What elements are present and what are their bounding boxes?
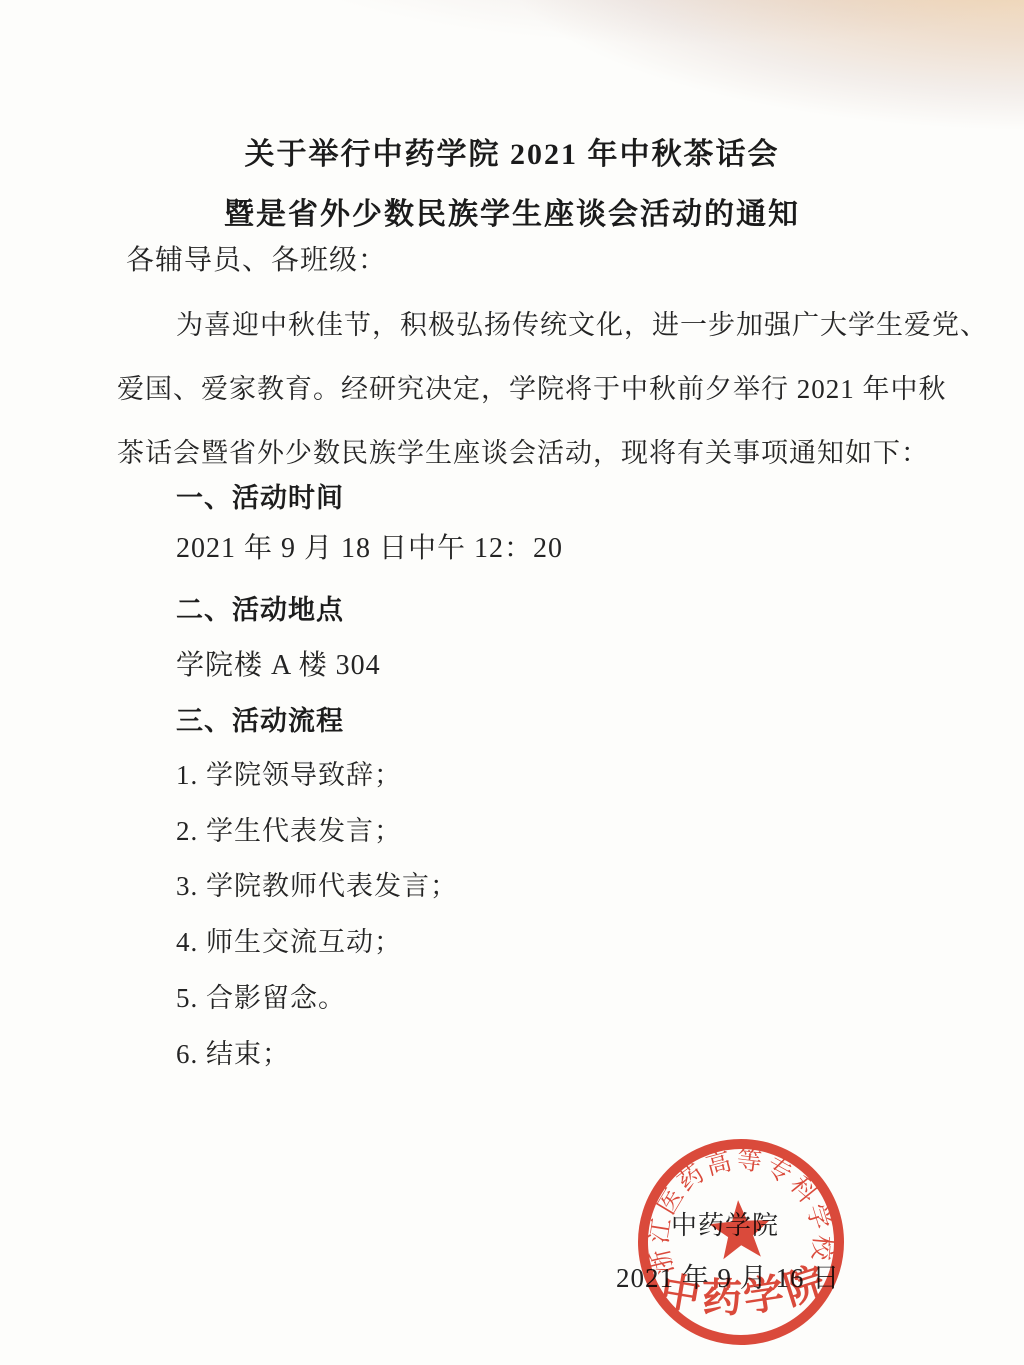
document-paper: 关于举行中药学院 2021 年中秋茶话会 暨是省外少数民族学生座谈会活动的通知 …	[0, 0, 1024, 1365]
process-item-2: 2. 学生代表发言；	[176, 809, 402, 848]
paragraph-line-3: 茶话会暨省外少数民族学生座谈会活动，现将有关事项通知如下：	[117, 431, 929, 470]
paragraph-line-1: 为喜迎中秋佳节，积极弘扬传统文化，进一步加强广大学生爱党、	[176, 303, 988, 342]
process-item-4: 4. 师生交流互动；	[176, 920, 402, 959]
official-seal: 浙江医药高等专科学校 中药学院	[626, 1127, 856, 1357]
section-2-heading: 二、活动地点	[176, 588, 344, 627]
section-1-heading: 一、活动时间	[176, 476, 344, 515]
notice-title-line-1: 关于举行中药学院 2021 年中秋茶话会	[0, 129, 1024, 173]
process-item-1: 1. 学院领导致辞；	[176, 753, 402, 792]
section-3-heading: 三、活动流程	[176, 699, 344, 738]
process-item-3: 3. 学院教师代表发言；	[176, 864, 458, 903]
date-text: 2021 年 9 月 16 日	[616, 1256, 840, 1295]
process-item-6: 6. 结束；	[176, 1032, 290, 1071]
section-1-content: 2021 年 9 月 18 日中午 12：20	[176, 526, 563, 566]
seal-ring	[636, 1137, 845, 1346]
paragraph-line-2: 爱国、爱家教育。经研究决定，学院将于中秋前夕举行 2021 年中秋	[117, 367, 947, 406]
signature-text: 中药学院	[671, 1205, 779, 1242]
section-2-content: 学院楼 A 楼 304	[176, 643, 381, 683]
notice-title-line-2: 暨是省外少数民族学生座谈会活动的通知	[0, 189, 1024, 233]
process-item-5: 5. 合影留念。	[176, 976, 346, 1015]
salutation: 各辅导员、各班级：	[126, 238, 387, 278]
